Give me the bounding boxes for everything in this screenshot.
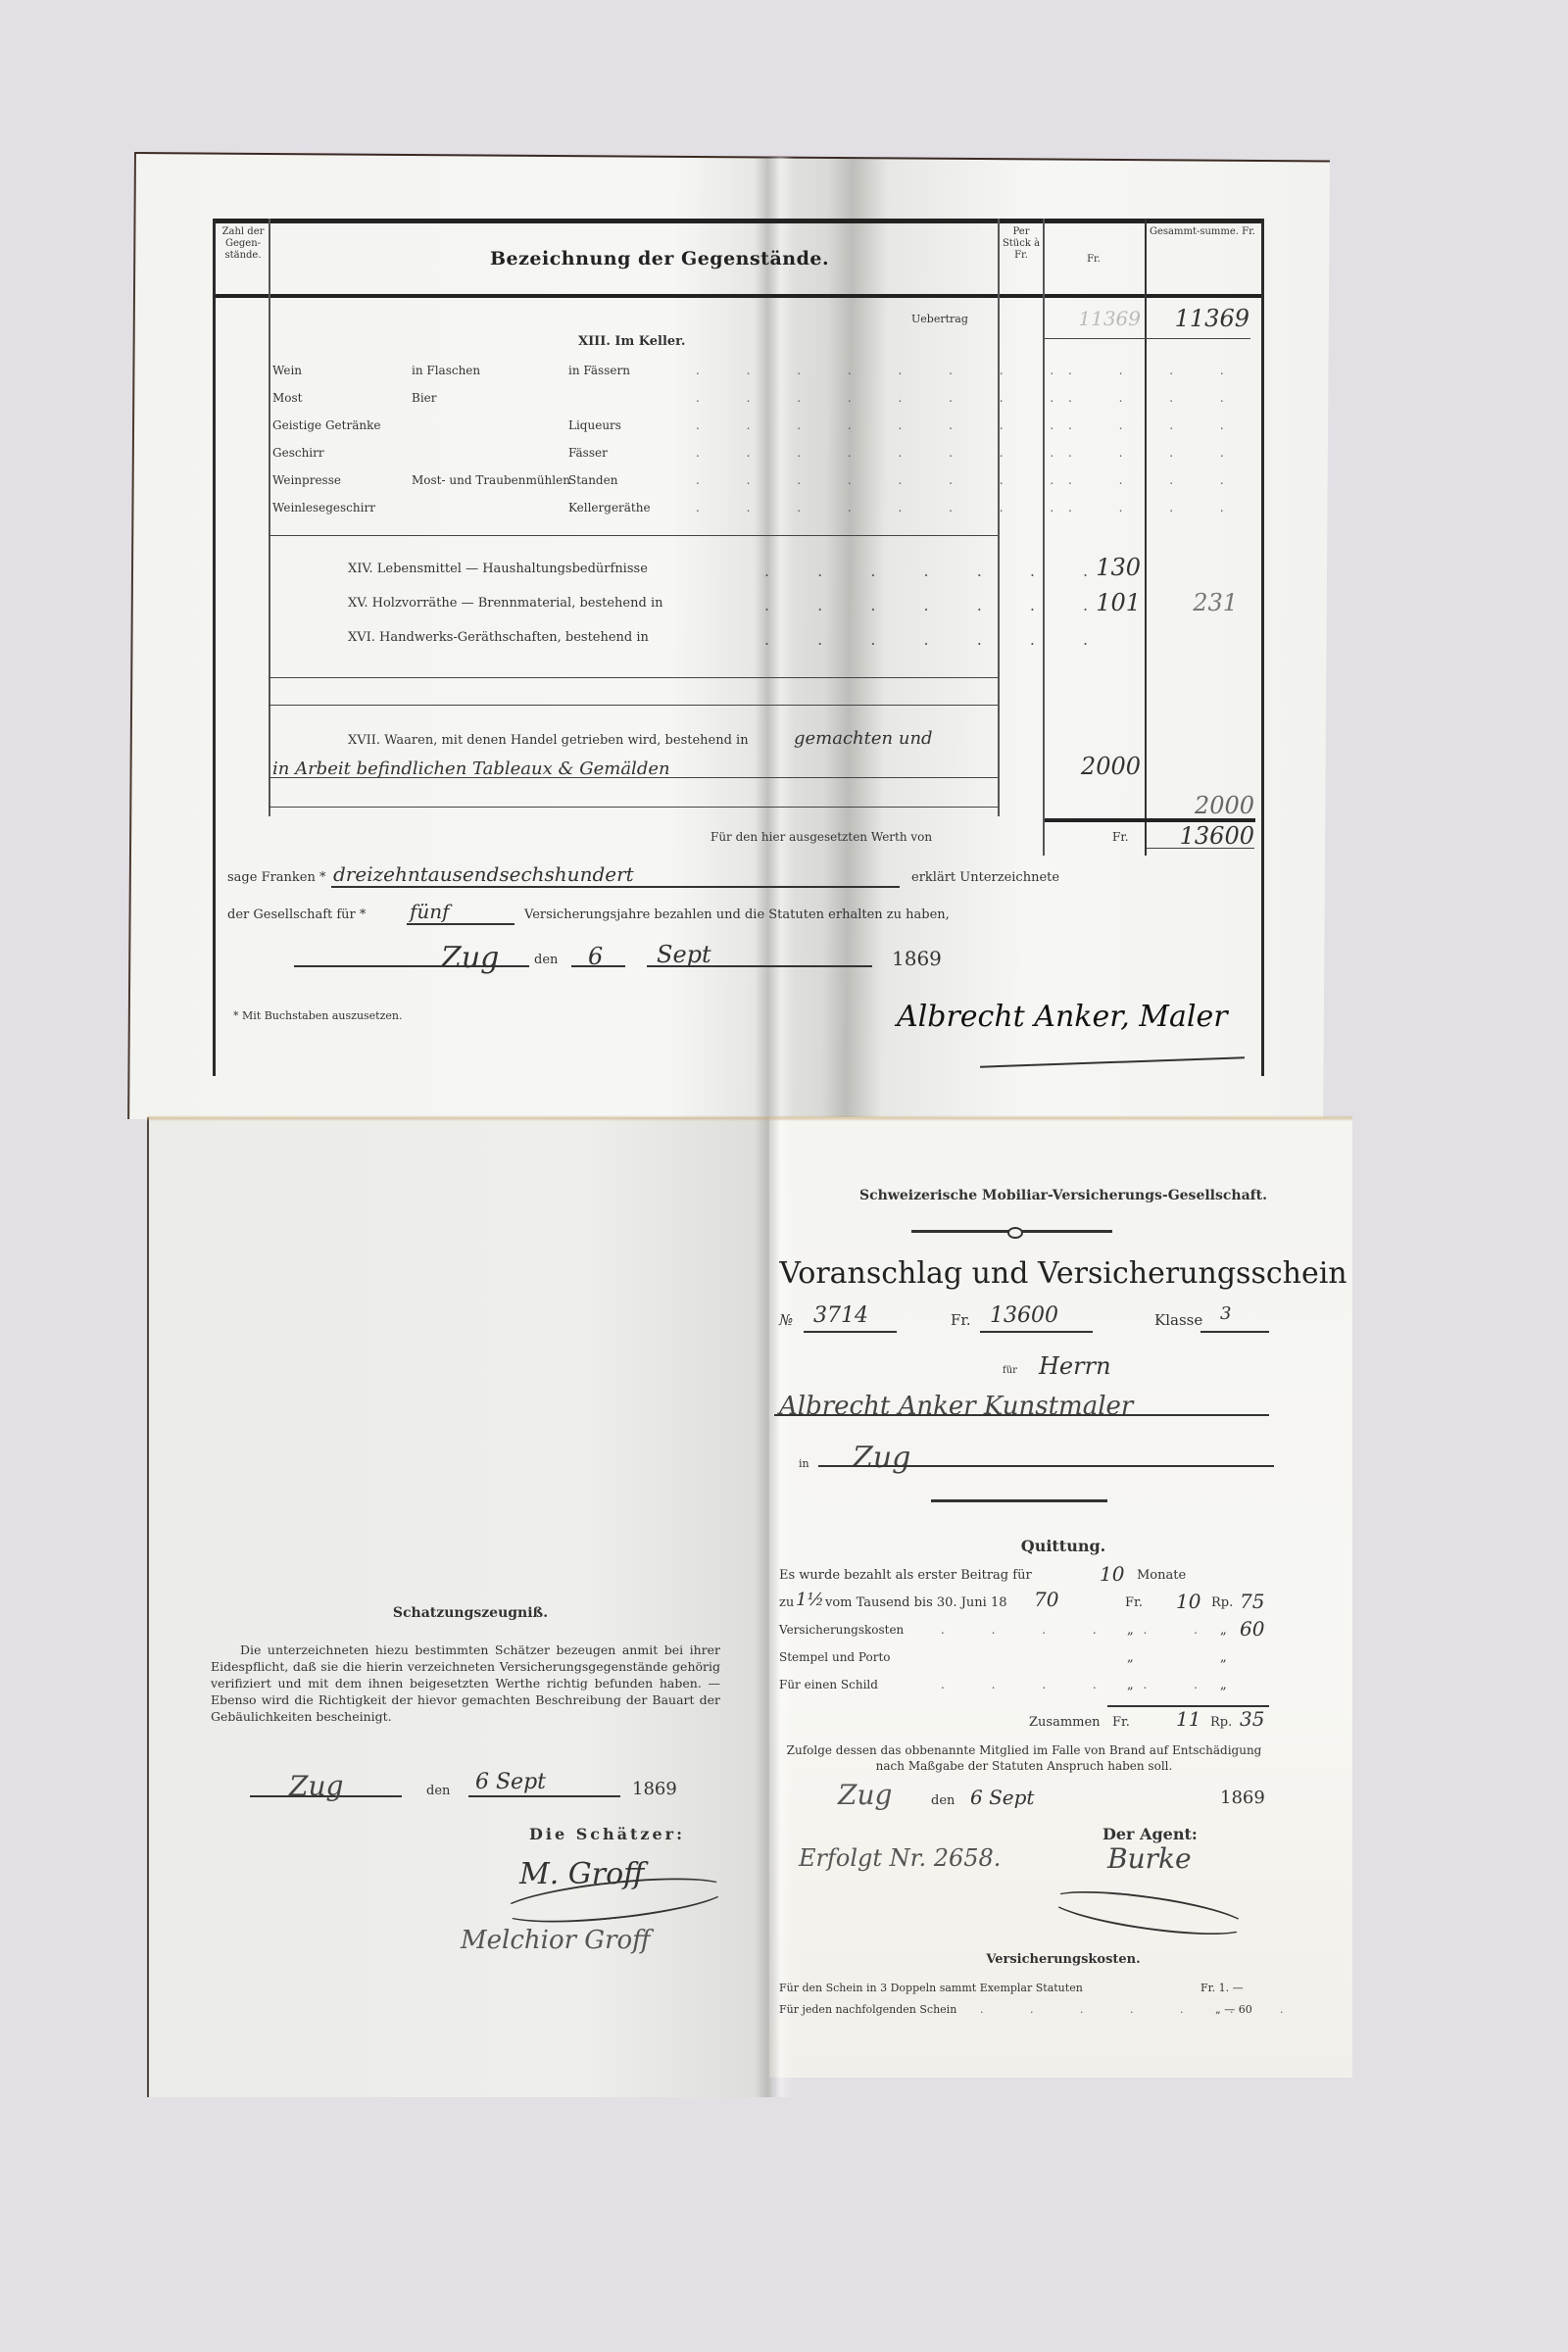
leader-dots: . . . . . . . . <box>696 418 1075 432</box>
location-line <box>818 1465 1274 1467</box>
ditto-mark: „ <box>1127 1650 1134 1665</box>
policy-class: 3 <box>1220 1303 1231 1324</box>
policy-amount-label: Fr. <box>951 1311 971 1329</box>
receipt-place: Zug <box>838 1779 892 1811</box>
policy-number-label: № <box>779 1311 793 1329</box>
header-fr: Fr. <box>1045 254 1143 266</box>
cellar-item: Fässer <box>568 446 608 460</box>
receipt-title: Quittung. <box>774 1537 1352 1555</box>
leader-dots: . . . . . . . <box>764 630 1109 649</box>
table-header-rule <box>216 294 1261 298</box>
section-rule <box>269 705 998 706</box>
receipt-line1: Es wurde bezahlt als erster Beitrag für <box>779 1568 1032 1583</box>
receipt-item-rp: 75 <box>1240 1590 1264 1613</box>
section-xvii-handwritten-a: gemachten und <box>794 728 933 749</box>
policy-title: Voranschlag und Versicherungsschein <box>774 1256 1352 1291</box>
receipt-rate: 1½ <box>796 1590 824 1610</box>
appraiser-signature-2: Melchior Groff <box>461 1926 651 1955</box>
section-xv-label: XV. Holzvorräthe — Brennmaterial, besteh… <box>348 596 662 611</box>
col-divider <box>998 219 1000 816</box>
amount-line <box>980 1331 1093 1333</box>
receipt-line2-prefix: zu <box>779 1595 794 1610</box>
section-xvii-total: 2000 <box>1151 792 1254 819</box>
leader-dots: . . . . . . <box>941 1623 1219 1637</box>
carry-over-total: 11369 <box>1151 305 1249 332</box>
receipt-rp-label: Rp. <box>1211 1595 1233 1610</box>
costs-title: Versicherungskosten. <box>774 1952 1352 1967</box>
declaration-amount-words: dreizehntausendsechshundert <box>333 862 634 886</box>
receipt-year-suffix: 70 <box>1034 1588 1058 1611</box>
appraisal-title: Schatzungszeugniß. <box>196 1605 745 1621</box>
grand-total-underline <box>1147 848 1254 849</box>
leader-dots: . . . . <box>1068 473 1246 487</box>
appraisal-date: 6 Sept <box>475 1770 546 1794</box>
costs-line1: Für den Schein in 3 Doppeln sammt Exempl… <box>779 1982 1083 1994</box>
receipt-item-label: Stempel und Porto <box>779 1650 891 1664</box>
appraisal-date-word: den <box>426 1784 450 1798</box>
cellar-item: in Fässern <box>568 364 630 377</box>
header-number: Zahl der Gegen-stände. <box>220 226 267 262</box>
grand-total-value: 13600 <box>1151 822 1254 850</box>
cellar-item: Standen <box>568 473 617 487</box>
leader-dots: . . . . . . . . <box>696 473 1075 487</box>
insured-name: Albrecht Anker Kunstmaler <box>779 1392 1133 1421</box>
declaration-years: fünf <box>410 900 450 923</box>
costs-line2-value: „ — 60 <box>1215 2003 1252 2016</box>
receipt-item-fr: 10 <box>1176 1590 1200 1613</box>
company-name: Schweizerische Mobiliar-Versicherungs-Ge… <box>774 1188 1352 1203</box>
cellar-item: Weinlesegeschirr <box>272 501 375 514</box>
receipt-total-rp-label: Rp. <box>1210 1715 1232 1730</box>
section-xiv-fr: 130 <box>1058 554 1141 581</box>
declaration-year: 1869 <box>892 947 942 970</box>
horizontal-fold-crease <box>147 1115 1352 1121</box>
receipt-total-label: Zusammen <box>1029 1715 1101 1730</box>
receipt-item-label: Für einen Schild <box>779 1678 878 1691</box>
leader-dots: . . . . <box>1068 446 1246 460</box>
appraisal-place: Zug <box>289 1770 343 1802</box>
leader-dots: . . . . . . . . <box>696 501 1075 514</box>
section-xv-fr: 101 <box>1058 589 1141 616</box>
section-rule <box>269 807 998 808</box>
costs-line1-value: Fr. 1. — <box>1200 1982 1244 1994</box>
declaration-date-word: den <box>534 953 558 967</box>
cellar-item: Most- und Traubenmühlen <box>412 473 570 487</box>
appraisal-year: 1869 <box>632 1779 677 1799</box>
agent-label: Der Agent: <box>1102 1825 1198 1843</box>
leader-dots: . . . . <box>1068 364 1246 377</box>
ditto-mark: „ <box>1220 1678 1227 1692</box>
insured-location: Zug <box>853 1441 910 1475</box>
agent-signature: Burke <box>1107 1842 1192 1875</box>
declaration-prefix-2: der Gesellschaft für * <box>227 907 366 922</box>
carry-over-label: Uebertrag <box>911 313 968 325</box>
costs-line2: Für jeden nachfolgenden Schein <box>779 2003 956 2016</box>
policy-amount: 13600 <box>990 1303 1058 1328</box>
cellar-item: Geschirr <box>272 446 324 460</box>
declaration-suffix-2: Versicherungsjahre bezahlen und die Stat… <box>524 907 950 922</box>
artist-signature: Albrecht Anker, Maler <box>897 1000 1228 1034</box>
section-xvii-handwritten-b: in Arbeit befindlichen Tableaux & Gemäld… <box>272 759 670 779</box>
leader-dots: . . . . . . . <box>980 2003 1304 2016</box>
appraisal-text: Die unterzeichneten hiezu bestimmten Sch… <box>211 1641 720 1725</box>
table-top-rule <box>216 219 1261 223</box>
ornament-divider <box>911 1230 1112 1233</box>
leader-dots: . . . . . . . . <box>696 364 1075 377</box>
leader-dots: . . . . . . <box>941 1678 1219 1691</box>
cellar-item: Wein <box>272 364 302 377</box>
col-divider <box>269 219 270 816</box>
col-divider <box>1043 219 1045 856</box>
inventory-table: Zahl der Gegen-stände. Bezeichnung der G… <box>213 219 1264 1076</box>
in-label: in <box>799 1457 809 1470</box>
cellar-item: Geistige Getränke <box>272 418 380 432</box>
carry-over-rule <box>1045 338 1250 339</box>
appraisal-date-line <box>468 1795 620 1797</box>
section-xvii-fr: 2000 <box>1058 753 1141 780</box>
grand-total-currency: Fr. <box>1112 830 1129 844</box>
receipt-note: Zufolge dessen das obbenannte Mitglied i… <box>779 1742 1269 1774</box>
section-xv-total: 231 <box>1151 589 1238 616</box>
wavy-divider <box>931 1499 1107 1502</box>
leader-dots: . . . . <box>1068 391 1246 405</box>
declaration-place: Zug <box>441 941 499 975</box>
registry-note: Erfolgt Nr. 2658. <box>799 1844 1001 1872</box>
section-xvi-label: XVI. Handwerks-Geräthschaften, bestehend… <box>348 630 649 645</box>
cellar-item: in Flaschen <box>412 364 480 377</box>
receipt-total-fr: 11 <box>1176 1707 1200 1731</box>
section-xiii-title: XIII. Im Keller. <box>578 334 685 349</box>
receipt-item-label: Versicherungskosten <box>779 1623 904 1637</box>
leader-dots: . . . . . . . . <box>696 446 1075 460</box>
section-rule <box>269 677 998 678</box>
receipt-date-word: den <box>931 1793 955 1808</box>
declaration-day: 6 <box>588 943 603 970</box>
ditto-mark: „ <box>1220 1623 1227 1638</box>
policy-class-label: Klasse <box>1154 1311 1202 1329</box>
leader-dots: . . . . . . . . <box>696 391 1075 405</box>
section-xiv-label: XIV. Lebensmittel — Haushaltungsbedürfni… <box>348 562 648 576</box>
leader-dots: . . . . <box>1068 501 1246 514</box>
cellar-item: Weinpresse <box>272 473 341 487</box>
grand-total-label: Für den hier ausgesetzten Werth von <box>710 830 932 844</box>
col-divider <box>1145 219 1147 856</box>
for-label: für <box>1003 1365 1017 1376</box>
receipt-year: 1869 <box>1220 1788 1265 1808</box>
receipt-line2-mid: vom Tausend bis 30. Juni 18 <box>825 1595 1007 1610</box>
number-line <box>804 1331 897 1333</box>
cellar-item: Kellergeräthe <box>568 501 651 514</box>
header-description: Bezeichnung der Gegenstände. <box>490 248 829 269</box>
receipt-total-fr-label: Fr. <box>1112 1715 1130 1730</box>
receipt-months-label: Monate <box>1137 1568 1186 1583</box>
cellar-item: Most <box>272 391 303 405</box>
section-xvii-label: XVII. Waaren, mit denen Handel getrieben… <box>348 733 749 748</box>
receipt-item-rp: 60 <box>1240 1617 1264 1641</box>
receipt-date: 6 Sept <box>970 1786 1034 1809</box>
section-rule <box>269 777 998 778</box>
carry-over-fr: 11369 <box>1058 307 1141 330</box>
leader-dots: . . . . <box>1068 418 1246 432</box>
declaration-footnote: * Mit Buchstaben auszusetzen. <box>233 1009 403 1022</box>
years-line <box>407 923 514 925</box>
appraisers-label: Die Schätzer: <box>529 1825 685 1843</box>
amount-words-line <box>331 886 900 888</box>
salutation: Herrn <box>1039 1352 1111 1380</box>
receipt-fr-label: Fr. <box>1125 1595 1143 1610</box>
receipt-total-rp: 35 <box>1240 1707 1264 1731</box>
cellar-item: Bier <box>412 391 437 405</box>
declaration-suffix-1: erklärt Unterzeichnete <box>911 870 1059 885</box>
declaration-month: Sept <box>657 941 711 968</box>
name-line <box>774 1414 1269 1416</box>
header-unit-price: Per Stück à Fr. <box>1000 226 1043 262</box>
cellar-item: Liqueurs <box>568 418 621 432</box>
declaration-prefix-1: sage Franken * <box>227 870 326 885</box>
ditto-mark: „ <box>1220 1650 1227 1665</box>
policy-number: 3714 <box>813 1303 868 1328</box>
receipt-months: 10 <box>1100 1562 1124 1586</box>
header-total: Gesammt-summe. Fr. <box>1149 226 1256 238</box>
class-line <box>1200 1331 1269 1333</box>
section-rule <box>269 535 998 536</box>
